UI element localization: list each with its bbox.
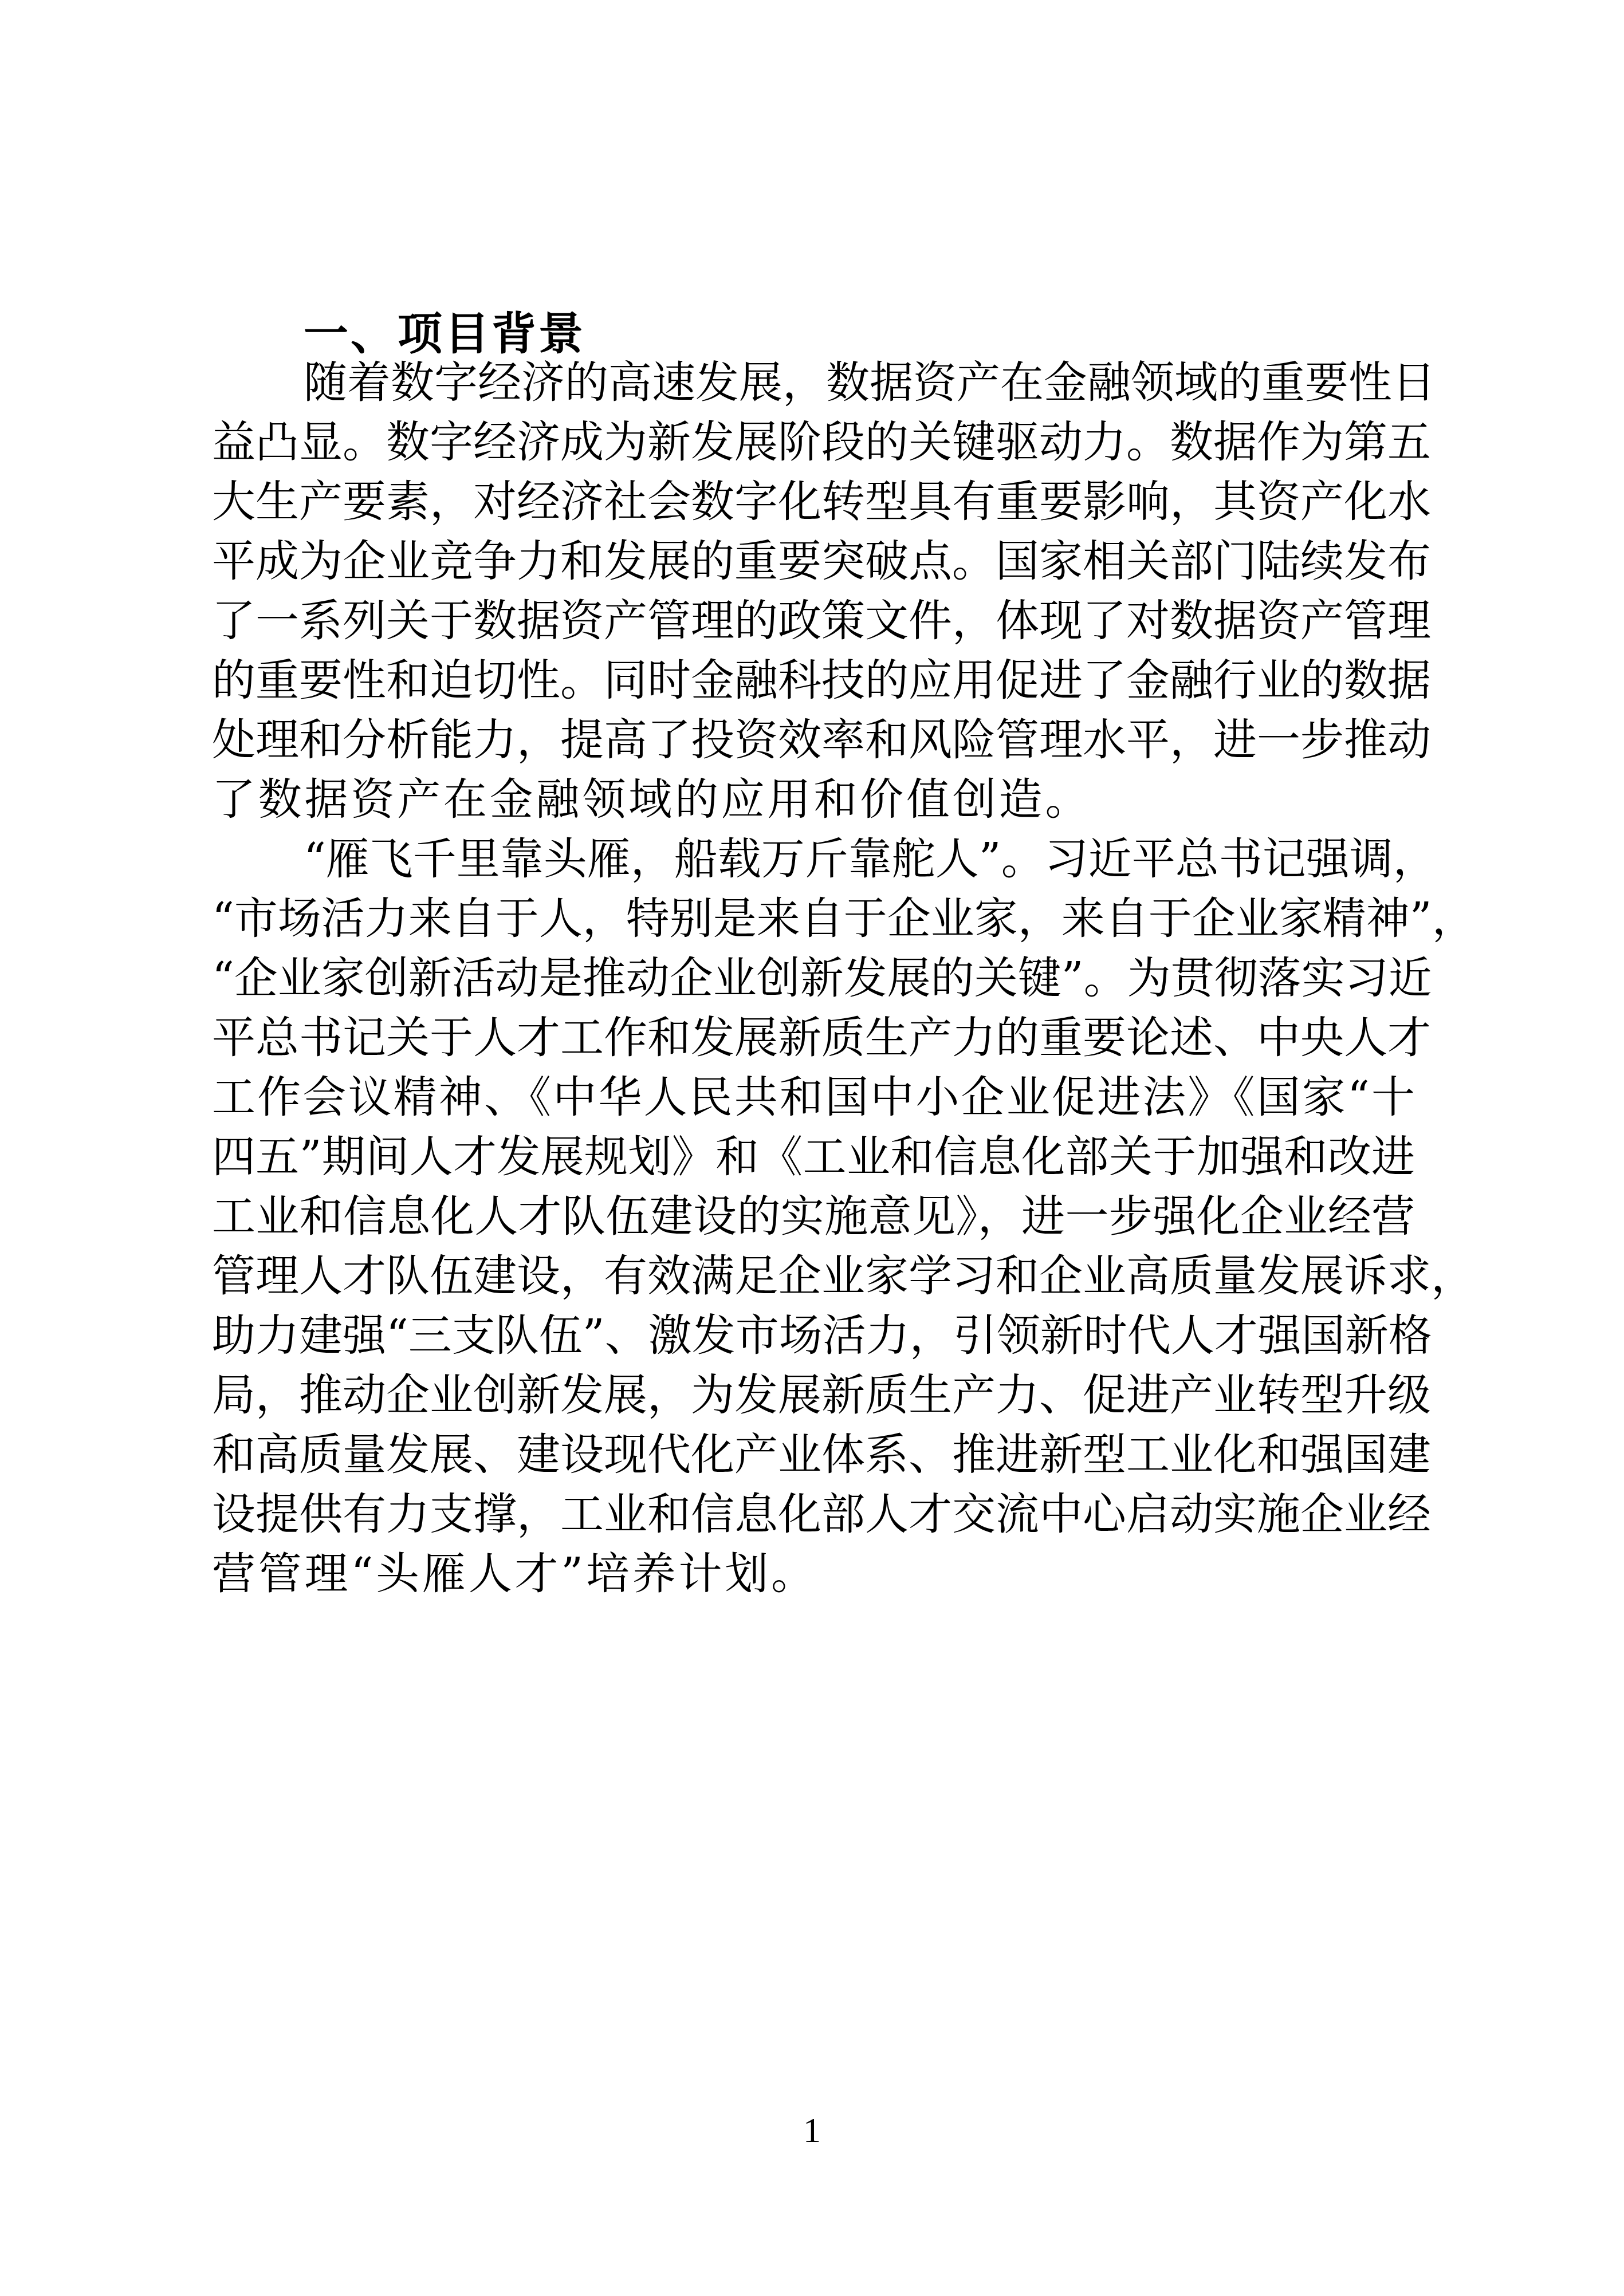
text-line: “雁飞千里靠头雁，船载万斤靠舵人”。习近平总书记强调，: [212, 829, 1415, 889]
document-page: 一、项目背景 随着数字经济的高速发展，数据资产在金融领域的重要性日 益凸显。数字…: [0, 0, 1624, 2296]
text-line: 的重要性和迫切性。同时金融科技的应用促进了金融行业的数据: [212, 651, 1415, 710]
text-line: 工作会议精神、《中华人民共和国中小企业促进法》《国家“十: [212, 1068, 1415, 1127]
text-line: 了数据资产在金融领域的应用和价值创造。: [212, 770, 1415, 829]
text-line: “企业家创新活动是推动企业创新发展的关键”。为贯彻落实习近: [212, 948, 1415, 1008]
text-line: 平总书记关于人才工作和发展新质生产力的重要论述、中央人才: [212, 1008, 1415, 1068]
text-line: 大生产要素，对经济社会数字化转型具有重要影响，其资产化水: [212, 472, 1415, 531]
page-number: 1: [0, 2108, 1624, 2153]
text-line: 设提供有力支撑，工业和信息化部人才交流中心启动实施企业经: [212, 1484, 1415, 1544]
text-line: 工业和信息化人才队伍建设的实施意见》，进一步强化企业经营: [212, 1187, 1415, 1246]
paragraph-1: 随着数字经济的高速发展，数据资产在金融领域的重要性日 益凸显。数字经济成为新发展…: [212, 353, 1415, 829]
text-line: 和高质量发展、建设现代化产业体系、推进新型工业化和强国建: [212, 1425, 1415, 1484]
document-body: 随着数字经济的高速发展，数据资产在金融领域的重要性日 益凸显。数字经济成为新发展…: [212, 353, 1415, 1604]
paragraph-2: “雁飞千里靠头雁，船载万斤靠舵人”。习近平总书记强调， “市场活力来自于人，特别…: [212, 829, 1415, 1604]
text-line: 管理人才队伍建设，有效满足企业家学习和企业高质量发展诉求，: [212, 1246, 1415, 1306]
text-line: 了一系列关于数据资产管理的政策文件，体现了对数据资产管理: [212, 591, 1415, 651]
text-line: 处理和分析能力，提高了投资效率和风险管理水平，进一步推动: [212, 710, 1415, 770]
text-line: 益凸显。数字经济成为新发展阶段的关键驱动力。数据作为第五: [212, 412, 1415, 472]
text-line: 局，推动企业创新发展，为发展新质生产力、促进产业转型升级: [212, 1365, 1415, 1425]
text-line: 助力建强“三支队伍”、激发市场活力，引领新时代人才强国新格: [212, 1306, 1415, 1365]
text-line: “市场活力来自于人，特别是来自于企业家，来自于企业家精神”，: [212, 889, 1415, 948]
text-line: 随着数字经济的高速发展，数据资产在金融领域的重要性日: [212, 353, 1415, 412]
text-line: 平成为企业竞争力和发展的重要突破点。国家相关部门陆续发布: [212, 531, 1415, 591]
text-line: 四五”期间人才发展规划》和《工业和信息化部关于加强和改进: [212, 1127, 1415, 1187]
text-line: 营管理“头雁人才”培养计划。: [212, 1544, 1415, 1604]
